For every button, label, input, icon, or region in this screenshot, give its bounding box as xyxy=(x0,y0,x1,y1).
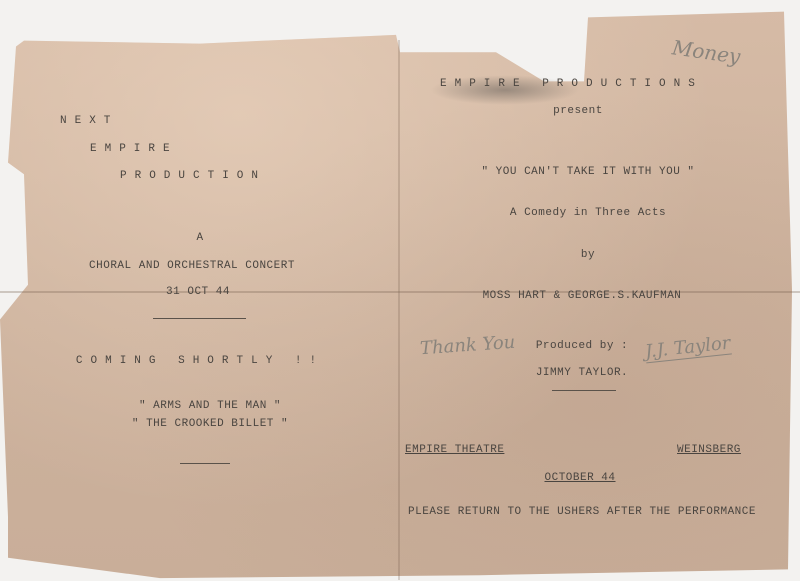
heading-next: NEXT xyxy=(60,115,118,127)
upcoming-play-1: " ARMS AND THE MAN " xyxy=(139,400,281,412)
return-notice: PLEASE RETURN TO THE USHERS AFTER THE PE… xyxy=(408,506,756,518)
concert-title: CHORAL AND ORCHESTRAL CONCERT xyxy=(89,260,295,272)
company-name: EMPIRE PRODUCTIONS xyxy=(440,78,703,90)
heading-production: PRODUCTION xyxy=(120,170,266,182)
article-a: A xyxy=(196,232,203,244)
location: WEINSBERG xyxy=(677,444,741,456)
divider xyxy=(180,463,230,464)
divider xyxy=(552,390,616,391)
play-title: " YOU CAN'T TAKE IT WITH YOU " xyxy=(481,166,694,178)
concert-date: 31 OCT 44 xyxy=(166,286,230,298)
producer-name: JIMMY TAYLOR. xyxy=(536,367,628,379)
by-text: by xyxy=(581,249,595,261)
produced-by-label: Produced by : xyxy=(536,340,628,352)
heading-empire: EMPIRE xyxy=(90,143,178,155)
performance-date: OCTOBER 44 xyxy=(544,472,615,484)
play-subtitle: A Comedy in Three Acts xyxy=(510,207,666,219)
venue: EMPIRE THEATRE xyxy=(405,444,504,456)
upcoming-play-2: " THE CROOKED BILLET " xyxy=(132,418,288,430)
divider xyxy=(153,318,246,319)
vertical-fold xyxy=(398,40,400,580)
authors: MOSS HART & GEORGE.S.KAUFMAN xyxy=(483,290,682,302)
present-text: present xyxy=(553,105,603,117)
coming-shortly: COMING SHORTLY !! xyxy=(76,355,324,367)
